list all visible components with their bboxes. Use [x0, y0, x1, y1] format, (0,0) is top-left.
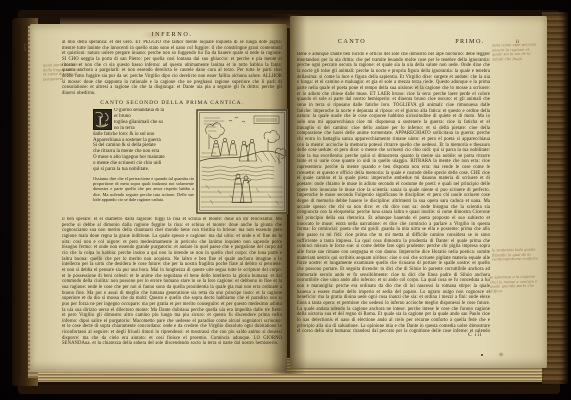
right-margin-note-low: la speranza e la cagione chel lo mosse a…: [490, 274, 544, 293]
canto-ii-heading: CANTO SECONDO DELLA PRIMA CANTICA.: [62, 100, 282, 106]
left-page: INFERNO. quiui parla lauctore della ling…: [30, 24, 287, 372]
handwritten-shelfmark: L.iii: [23, 44, 27, 51]
right-running-head-canto: CANTO: [320, 38, 384, 45]
photograph-of-open-incunabulum: INFERNO. quiui parla lauctore della ling…: [0, 0, 571, 400]
sky-group: [204, 117, 245, 124]
right-margin-note-top: nota come ogni peccato oscura la ragione…: [492, 43, 538, 62]
gutter-shadow: [270, 14, 306, 374]
woodcut-initial-L: L: [93, 109, 112, 130]
verse-column: L O giorno senandaua & la er bruno togli…: [93, 108, 194, 216]
verse-column-commentary: Ossiamo dire che el pertractione e quand…: [93, 176, 194, 202]
right-margin-note-mid: la sententia loda quella filosofia la qu…: [492, 247, 542, 262]
figures-center-group: [240, 139, 257, 161]
decorated-initial-block: L: [93, 109, 112, 130]
right-page: CANTO PRIMO. ii nota come ogni peccato o…: [290, 16, 547, 368]
left-intro-commentary: al mio della speranza: et del uero. ET P…: [62, 40, 282, 98]
right-commentary-block: Bene e adunque Dante ben lucido e offici…: [297, 52, 490, 335]
quire-signature: C iii: [468, 332, 482, 338]
initial-letter-glyph: L: [98, 115, 107, 130]
ink-speck: [481, 354, 483, 356]
left-running-head: INFERNO.: [62, 31, 282, 38]
figures-shore-group: [212, 138, 238, 156]
left-bottom-commentary: il ben sperare: et el diametro dalla rag…: [62, 217, 282, 344]
